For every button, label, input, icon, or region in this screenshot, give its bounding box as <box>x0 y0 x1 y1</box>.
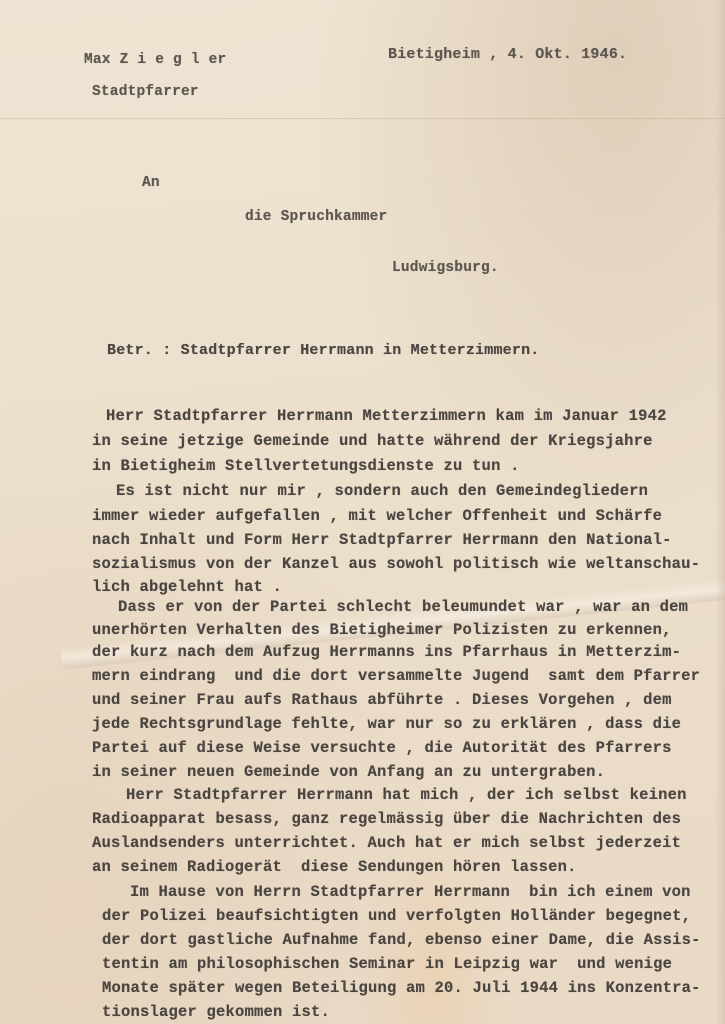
subject-line: Betr. : Stadtpfarrer Herrmann in Metterz… <box>107 342 539 359</box>
body-line: der kurz nach dem Aufzug Herrmanns ins P… <box>92 643 681 661</box>
body-line: der dort gastliche Aufnahme fand, ebenso… <box>102 931 701 949</box>
body-line: an seinem Radiogerät diese Sendungen hör… <box>92 858 577 876</box>
body-line: der Polizei beaufsichtigten und verfolgt… <box>102 907 691 925</box>
body-line: in Bietigheim Stellvertetungsdienste zu … <box>92 457 520 475</box>
body-line: Es ist nicht nur mir , sondern auch den … <box>116 482 648 500</box>
recipient-city: Ludwigsburg. <box>392 260 499 276</box>
body-line: Im Hause von Herrn Stadtpfarrer Herrmann… <box>130 883 691 901</box>
body-line: Auslandsenders unterrichtet. Auch hat er… <box>92 834 681 852</box>
sender-name: Max Z i e g l er <box>84 52 226 68</box>
body-line: Partei auf diese Weise versuchte , die A… <box>92 739 672 757</box>
body-line: nach Inhalt und Form Herr Stadtpfarrer H… <box>92 531 672 549</box>
body-line: in seiner neuen Gemeinde von Anfang an z… <box>92 763 605 781</box>
body-line: lich abgelehnt hat . <box>92 578 282 596</box>
body-line: Dass er von der Partei schlecht beleumun… <box>118 598 688 616</box>
body-line: tentin am philosophischen Seminar in Lei… <box>102 955 672 973</box>
body-line: und seiner Frau aufs Rathaus abführte . … <box>92 691 672 709</box>
body-line: tionslager gekommen ist. <box>102 1003 330 1021</box>
sender-title: Stadtpfarrer <box>92 84 199 100</box>
paper-fold-line <box>0 118 725 119</box>
paper-edge <box>715 0 725 1024</box>
body-line: Monate später wegen Beteiligung am 20. J… <box>102 979 701 997</box>
recipient: die Spruchkammer <box>245 209 387 225</box>
body-line: Radioapparat besass, ganz regelmässig üb… <box>92 810 681 828</box>
body-line: immer wieder aufgefallen , mit welcher O… <box>92 507 662 525</box>
body-line: mern eindrang und die dort versammelte J… <box>92 667 700 685</box>
body-line: in seine jetzige Gemeinde und hatte währ… <box>92 432 653 450</box>
place-date: Bietigheim , 4. Okt. 1946. <box>388 46 627 63</box>
body-line: jede Rechtsgrundlage fehlte, war nur so … <box>92 715 681 733</box>
recipient-prefix: An <box>142 175 160 191</box>
body-line: sozialismus von der Kanzel aus sowohl po… <box>92 555 700 573</box>
body-line: Herr Stadtpfarrer Herrmann hat mich , de… <box>126 786 687 804</box>
body-line: Herr Stadtpfarrer Herrmann Metterzimmern… <box>106 407 667 425</box>
body-line: unerhörten Verhalten des Bietigheimer Po… <box>92 621 672 639</box>
